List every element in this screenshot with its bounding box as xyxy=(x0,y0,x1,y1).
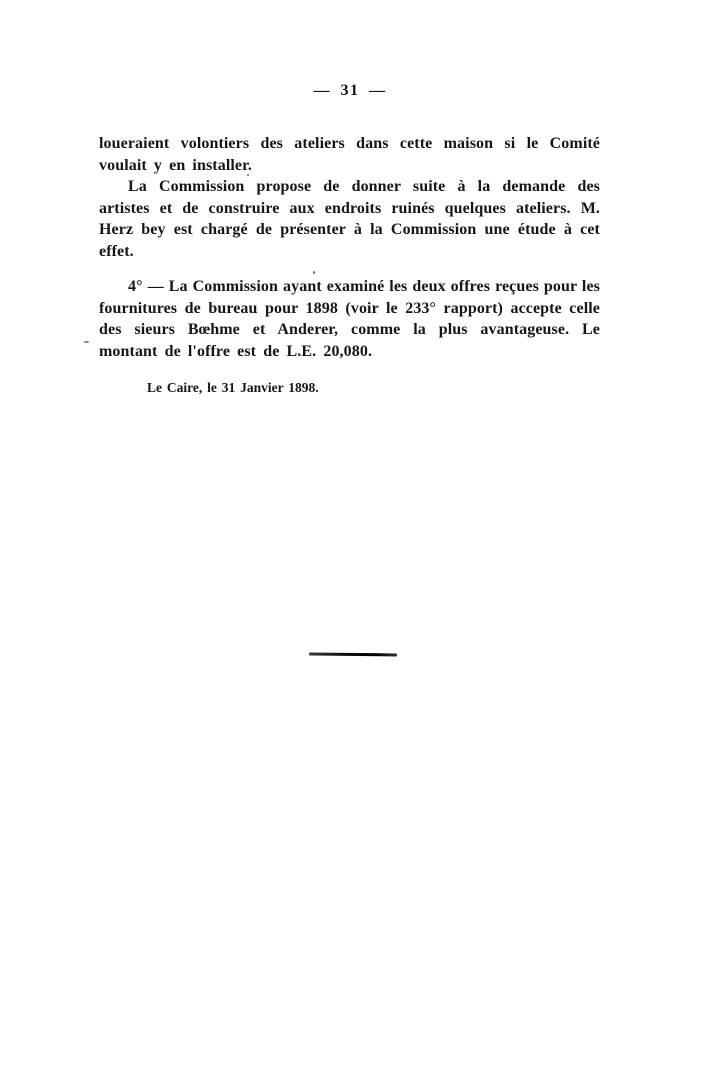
text-line: fournitures de bureau pour 1898 (voir le… xyxy=(99,298,600,320)
page-number: — 31 — xyxy=(100,82,600,100)
text-line: voulait y en installer. xyxy=(99,155,600,177)
body-text: loueraient volontiers des ateliers dans … xyxy=(99,133,600,397)
section-divider-rule xyxy=(309,653,397,657)
dateline: Le Caire, le 31 Janvier 1898. xyxy=(99,379,600,397)
text-line: effet. xyxy=(99,241,600,263)
paragraph-commission-proposal: La Commission propose de donner suite à … xyxy=(99,176,600,262)
scan-speck xyxy=(84,341,89,343)
text-line: artistes et de construire aux endroits r… xyxy=(99,198,600,220)
paragraph-item-4: 4° — La Commission ayant examiné les deu… xyxy=(99,276,600,362)
text-line: 4° — La Commission ayant examiné les deu… xyxy=(99,276,600,298)
paragraph-continuation: loueraient volontiers des ateliers dans … xyxy=(99,133,600,176)
document-page: — 31 — loueraient volontiers des atelier… xyxy=(0,0,720,1082)
text-line: Herz bey est chargé de présenter à la Co… xyxy=(99,219,600,241)
scan-speck xyxy=(313,271,315,274)
text-line: loueraient volontiers des ateliers dans … xyxy=(99,133,600,155)
text-line: des sieurs Bœhme et Anderer, comme la pl… xyxy=(99,319,600,341)
scan-speck xyxy=(247,174,249,176)
text-line: montant de l'offre est de L.E. 20,080. xyxy=(99,341,600,363)
text-line: La Commission propose de donner suite à … xyxy=(99,176,600,198)
